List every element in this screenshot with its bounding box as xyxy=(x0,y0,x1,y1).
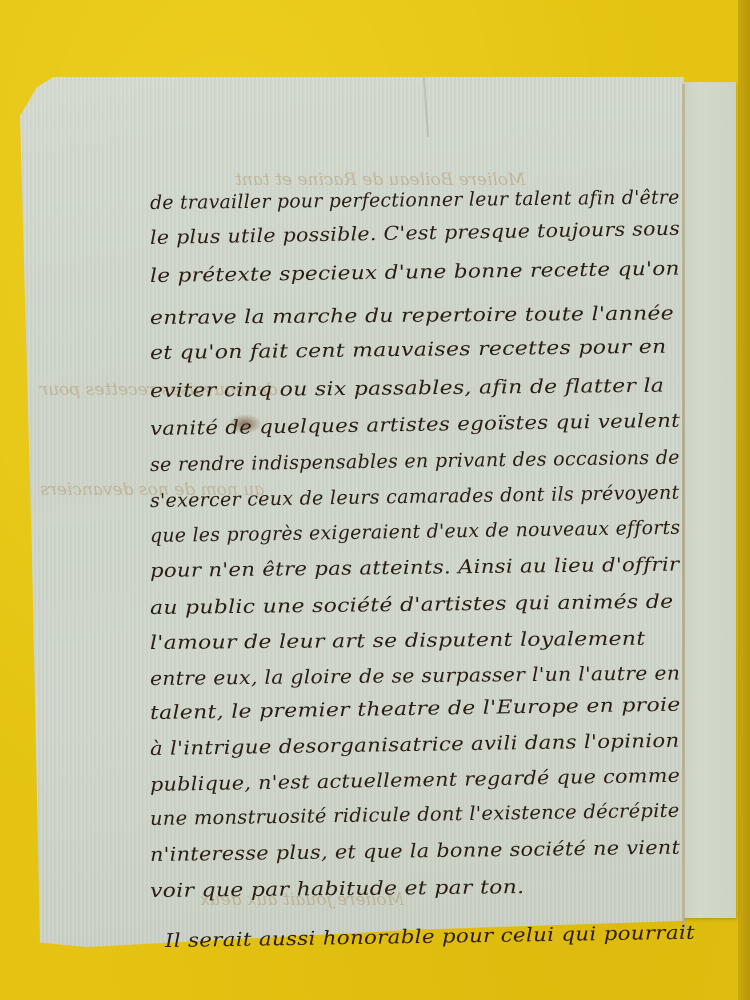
manuscript-line: voir que par habitude et par ton. xyxy=(150,876,525,902)
folded-back-leaf xyxy=(676,82,736,918)
manuscript-line: entrave la marche du repertoire toute l'… xyxy=(150,302,674,329)
background-edge xyxy=(738,0,750,1000)
fold-line xyxy=(682,84,685,934)
manuscript-line: l'amour de leur art se disputent loyalem… xyxy=(150,628,646,654)
